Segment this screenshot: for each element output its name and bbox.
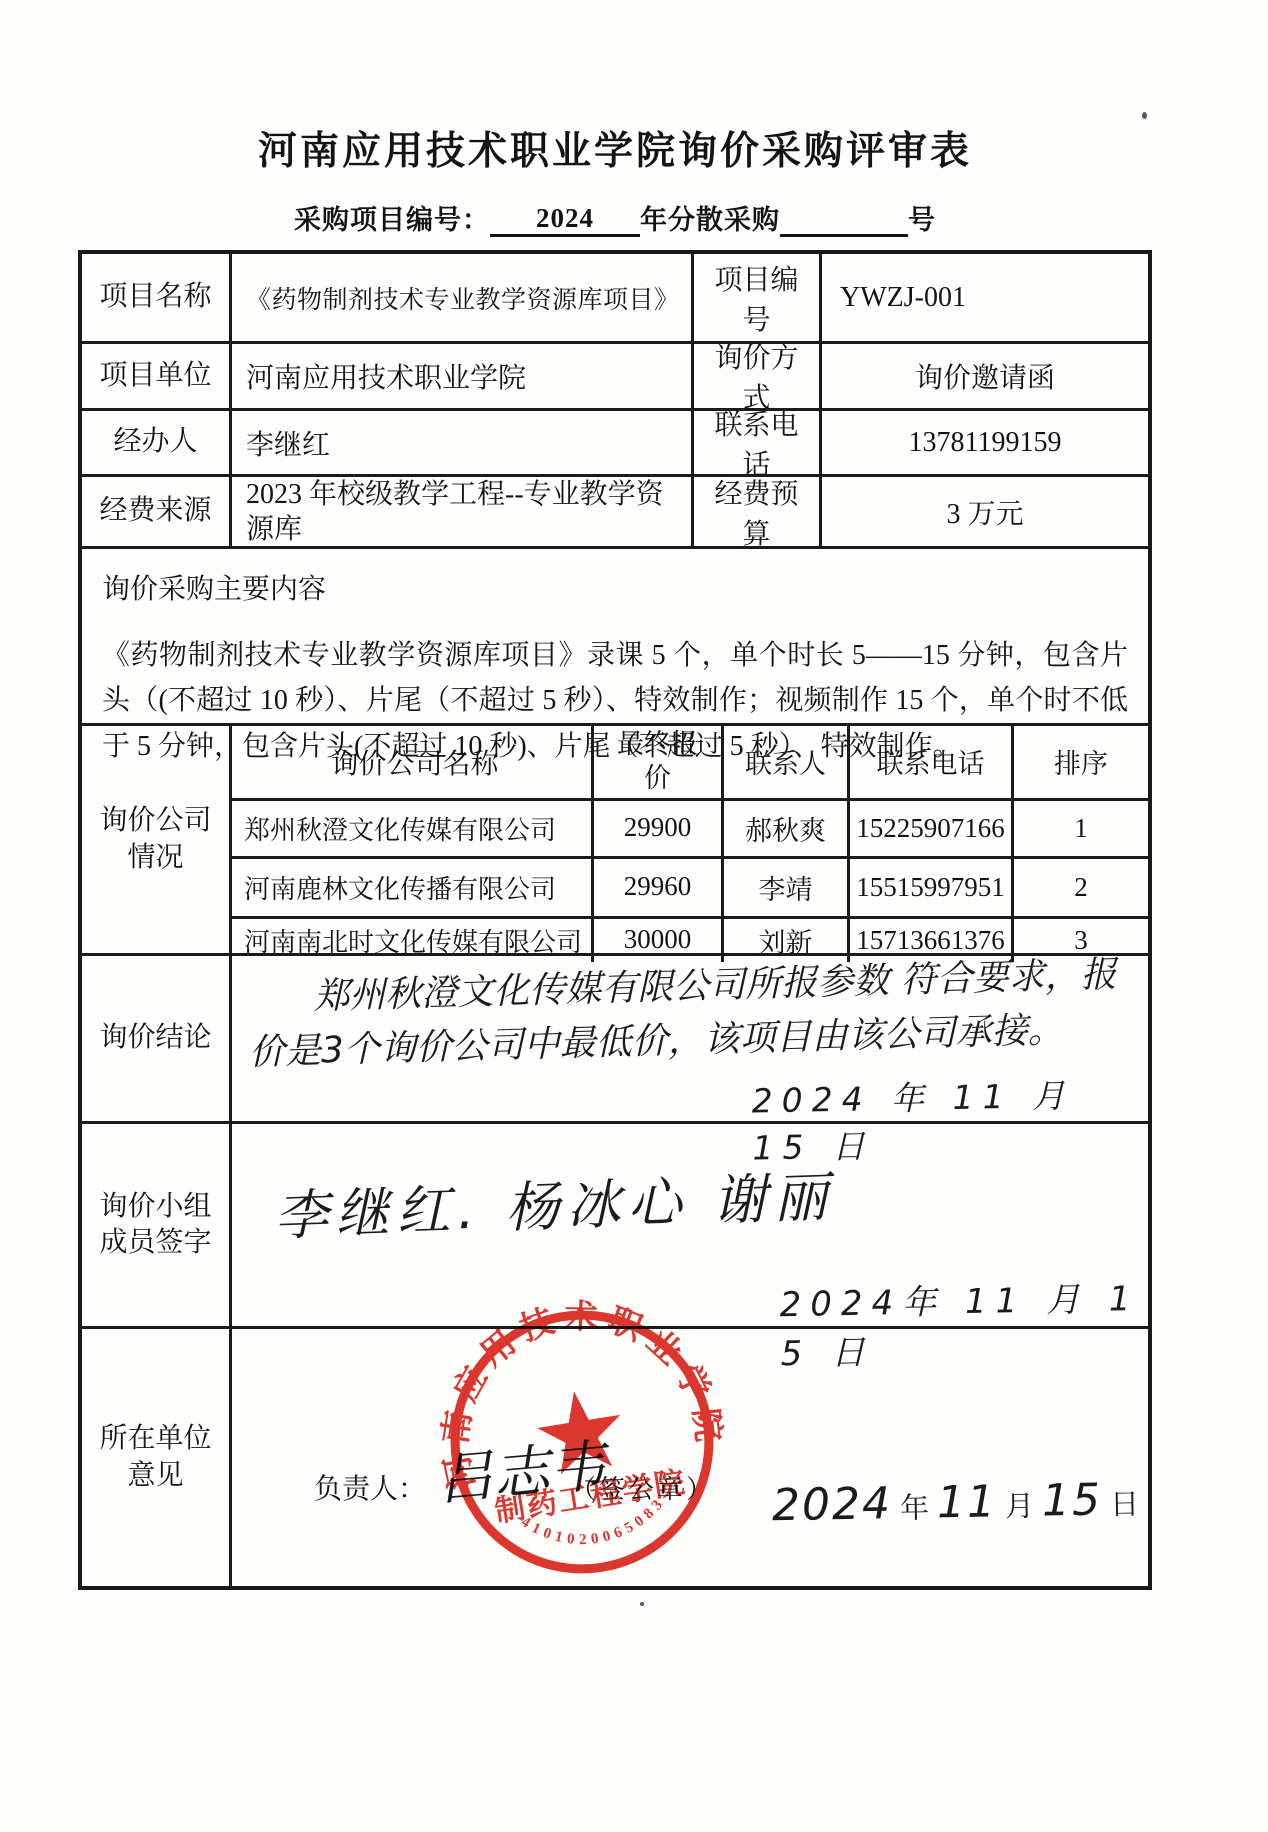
companies-header-row: 询价公司名称 最终报价 联系人 联系电话 排序 <box>232 726 1148 801</box>
subtitle-middle: 年分散采购 <box>640 205 780 235</box>
company-rank: 2 <box>1014 859 1148 916</box>
subtitle-blank-year: 2024 <box>490 203 640 237</box>
leader-label: 负责人： <box>314 1467 426 1507</box>
handwritten-signatures: 李继红. 杨冰心 谢丽 <box>273 1154 836 1251</box>
page-title: 河南应用技术职业学院询价采购评审表 <box>78 120 1152 176</box>
label-inquiry-method: 询价方式 <box>694 344 822 408</box>
company-contact: 郝秋爽 <box>724 801 850 856</box>
scan-speck <box>640 1602 644 1606</box>
company-phone: 15515997951 <box>850 859 1014 916</box>
header-rank: 排序 <box>1014 726 1148 798</box>
label-contact-phone: 联系电话 <box>694 411 822 474</box>
scan-speck <box>1142 112 1147 119</box>
header-company-name: 询价公司名称 <box>232 726 594 798</box>
section-conclusion: 询价结论 郑州秋澄文化传媒有限公司所报参数 符合要求，报价是3个询价公司中最低价… <box>82 956 1148 1124</box>
row-handler: 经办人 李继红 联系电话 13781199159 <box>82 411 1148 477</box>
value-project-name: 《药物制剂技术专业教学资源库项目》 <box>232 254 694 341</box>
procurement-number-line: 采购项目编号：2024年分散采购 号 <box>78 198 1152 237</box>
conclusion-area: 郑州秋澄文化传媒有限公司所报参数 符合要求，报价是3个询价公司中最低价，该项目由… <box>232 956 1148 1121</box>
company-price: 29960 <box>594 859 724 916</box>
header-final-price: 最终报价 <box>594 726 724 798</box>
company-name: 郑州秋澄文化传媒有限公司 <box>232 801 594 856</box>
row-project-unit: 项目单位 河南应用技术职业学院 询价方式 询价邀请函 <box>82 344 1148 411</box>
value-budget: 3 万元 <box>822 477 1148 546</box>
label-team-signatures: 询价小组成员签字 <box>82 1124 232 1326</box>
label-project-name: 项目名称 <box>82 254 232 341</box>
company-rank: 1 <box>1014 801 1148 856</box>
date-year-unit: 年 <box>892 1492 938 1525</box>
label-unit-opinion: 所在单位意见 <box>82 1329 232 1586</box>
label-funding-source: 经费来源 <box>82 477 232 546</box>
handwritten-conclusion: 郑州秋澄文化传媒有限公司所报参数 符合要求，报价是3个询价公司中最低价，该项目由… <box>247 948 1134 1081</box>
company-row-1: 郑州秋澄文化传媒有限公司 29900 郝秋爽 15225907166 1 <box>232 801 1148 859</box>
header-phone: 联系电话 <box>850 726 1014 798</box>
row-project-name: 项目名称 《药物制剂技术专业教学资源库项目》 项目编号 YWZJ-001 <box>82 254 1148 344</box>
date-month-unit: 月 <box>997 1491 1043 1524</box>
value-contact-phone: 13781199159 <box>822 411 1148 474</box>
subtitle-blank-number <box>780 234 908 237</box>
unit-opinion-date: 2024年11月15日 <box>772 1474 1148 1532</box>
content-heading: 询价采购主要内容 <box>102 567 1128 607</box>
label-companies-section: 询价公司情况 <box>82 726 232 953</box>
section-companies: 询价公司情况 询价公司名称 最终报价 联系人 联系电话 排序 郑州秋澄文化传媒有… <box>82 726 1148 956</box>
company-phone: 15225907166 <box>850 801 1014 856</box>
value-handler: 李继红 <box>232 411 694 474</box>
company-name: 河南鹿林文化传播有限公司 <box>232 859 594 916</box>
label-conclusion: 询价结论 <box>82 956 232 1121</box>
company-row-2: 河南鹿林文化传播有限公司 29960 李靖 15515997951 2 <box>232 859 1148 919</box>
value-project-code: YWZJ-001 <box>822 254 1148 341</box>
value-funding-source: 2023 年校级教学工程--专业教学资源库 <box>232 477 694 546</box>
value-project-unit: 河南应用技术职业学院 <box>232 344 694 408</box>
companies-table: 询价公司名称 最终报价 联系人 联系电话 排序 郑州秋澄文化传媒有限公司 299… <box>232 726 1148 953</box>
document-header: 河南应用技术职业学院询价采购评审表 采购项目编号：2024年分散采购 号 <box>78 120 1152 237</box>
official-red-stamp: 河南应用技术职业学院 制药工程学院 4101020065083 <box>415 1275 749 1609</box>
row-funding-source: 经费来源 2023 年校级教学工程--专业教学资源库 经费预算 3 万元 <box>82 477 1148 549</box>
scanned-document-page: 河南应用技术职业学院询价采购评审表 采购项目编号：2024年分散采购 号 项目名… <box>0 0 1268 1832</box>
subtitle-prefix: 采购项目编号： <box>294 205 490 235</box>
label-handler: 经办人 <box>82 411 232 474</box>
date-year: 2024 <box>772 1478 893 1531</box>
value-inquiry-method: 询价邀请函 <box>822 344 1148 408</box>
subtitle-suffix: 号 <box>908 205 936 235</box>
section-procurement-content: 询价采购主要内容 《药物制剂技术专业教学资源库项目》录课 5 个，单个时长 5—… <box>82 549 1148 726</box>
header-contact: 联系人 <box>724 726 850 798</box>
company-contact: 李靖 <box>724 859 850 916</box>
date-month: 11 <box>937 1476 998 1528</box>
label-budget: 经费预算 <box>694 477 822 546</box>
label-project-unit: 项目单位 <box>82 344 232 408</box>
star-icon <box>532 1385 628 1477</box>
company-price: 29900 <box>594 801 724 856</box>
date-day: 15 <box>1042 1475 1103 1527</box>
label-project-code: 项目编号 <box>694 254 822 341</box>
date-day-unit: 日 <box>1102 1489 1148 1522</box>
